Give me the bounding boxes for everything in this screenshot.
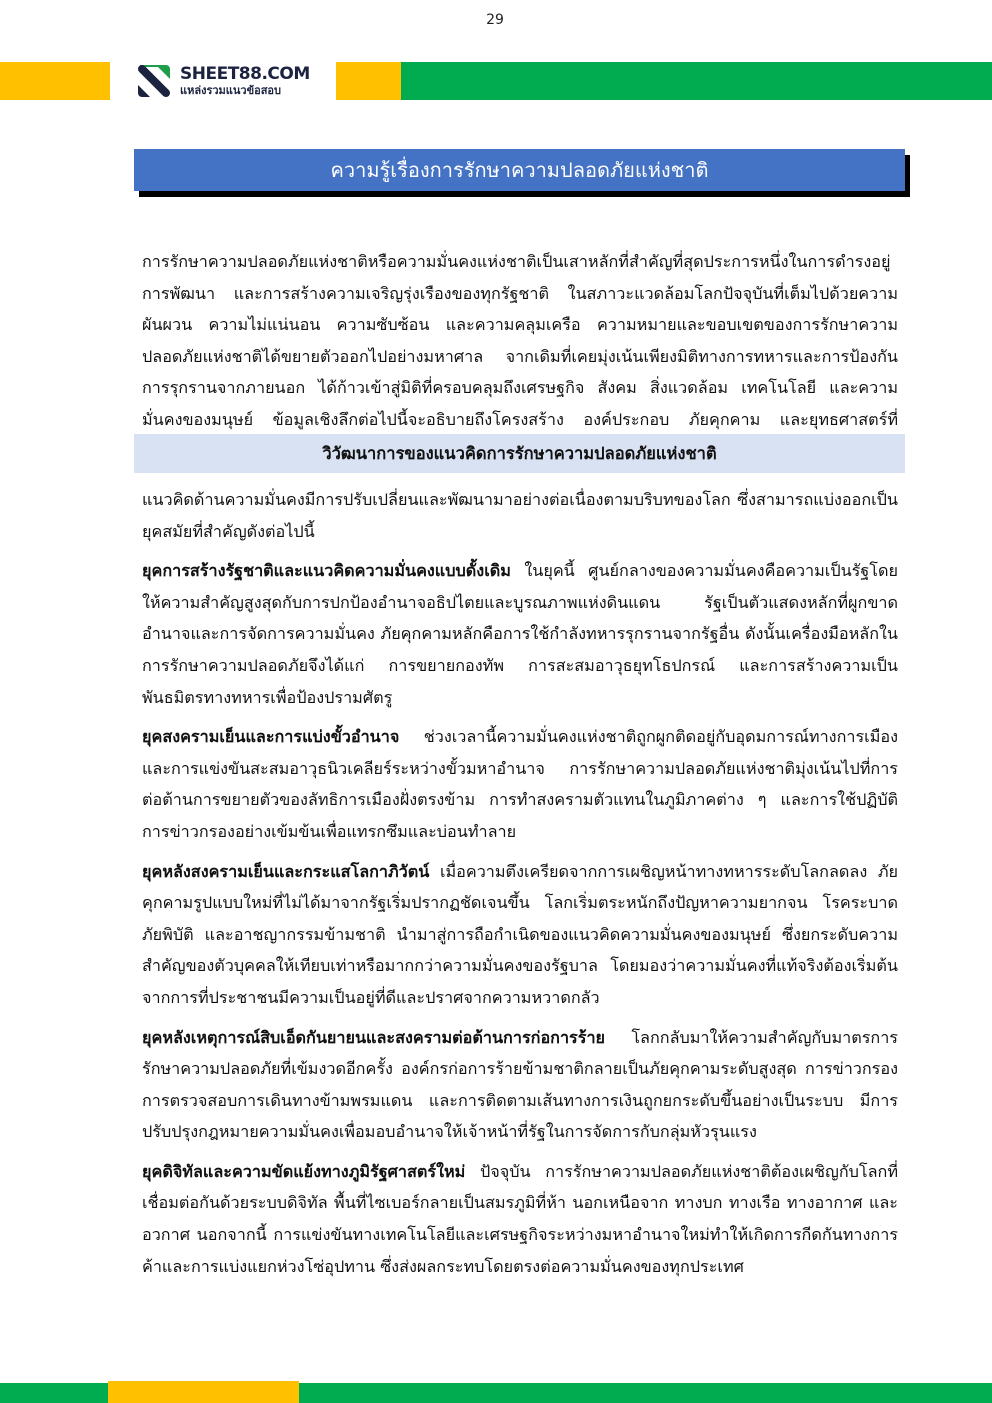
brand-logo: SHEET88.COM แหล่งรวมแนวข้อสอบ — [136, 62, 336, 100]
era-paragraph-4: ยุคหลังเหตุการณ์สิบเอ็ดกันยายนและสงครามต… — [142, 1022, 898, 1148]
section-lead: แนวคิดด้านความมั่นคงมีการปรับเปลี่ยนและพ… — [142, 484, 898, 547]
header-green-bar — [401, 62, 992, 100]
era-title: ยุคสงครามเย็นและการแบ่งขั้วอำนาจ — [142, 727, 399, 746]
era-text: เมื่อความตึงเครียดจากการเผชิญหน้าทางทหาร… — [142, 862, 898, 1007]
section-heading: วิวัฒนาการของแนวคิดการรักษาความปลอดภัยแห… — [134, 434, 905, 473]
footer-green-bar-left — [0, 1383, 108, 1403]
era-paragraph-1: ยุคการสร้างรัฐชาติและแนวคิดความมั่นคงแบบ… — [142, 555, 898, 713]
era-paragraph-5: ยุคดิจิทัลและความขัดแย้งทางภูมิรัฐศาสตร์… — [142, 1156, 898, 1282]
page-title-banner: ความรู้เรื่องการรักษาความปลอดภัยแห่งชาติ — [134, 149, 905, 191]
era-title: ยุคหลังสงครามเย็นและกระแสโลกาภิวัตน์ — [142, 862, 429, 881]
section-body: แนวคิดด้านความมั่นคงมีการปรับเปลี่ยนและพ… — [142, 484, 898, 1290]
header-yellow-bar-left — [0, 62, 110, 100]
brand-name: SHEET88.COM — [180, 66, 310, 83]
era-title: ยุคหลังเหตุการณ์สิบเอ็ดกันยายนและสงครามต… — [142, 1028, 605, 1047]
page-title: ความรู้เรื่องการรักษาความปลอดภัยแห่งชาติ — [134, 149, 905, 191]
brand-tagline: แหล่งรวมแนวข้อสอบ — [180, 85, 310, 96]
era-paragraph-3: ยุคหลังสงครามเย็นและกระแสโลกาภิวัตน์ เมื… — [142, 856, 898, 1014]
sheet88-logo-icon — [136, 63, 172, 99]
era-title: ยุคการสร้างรัฐชาติและแนวคิดความมั่นคงแบบ… — [142, 561, 511, 580]
page-number: 29 — [480, 12, 510, 28]
header-yellow-bar-mid — [336, 62, 401, 100]
footer-green-bar-right — [299, 1383, 992, 1403]
era-text: ในยุคนี้ ศูนย์กลางของความมั่นคงคือความเป… — [142, 561, 898, 706]
footer-yellow-bar — [108, 1381, 299, 1403]
era-title: ยุคดิจิทัลและความขัดแย้งทางภูมิรัฐศาสตร์… — [142, 1162, 465, 1181]
era-paragraph-2: ยุคสงครามเย็นและการแบ่งขั้วอำนาจ ช่วงเวล… — [142, 721, 898, 847]
